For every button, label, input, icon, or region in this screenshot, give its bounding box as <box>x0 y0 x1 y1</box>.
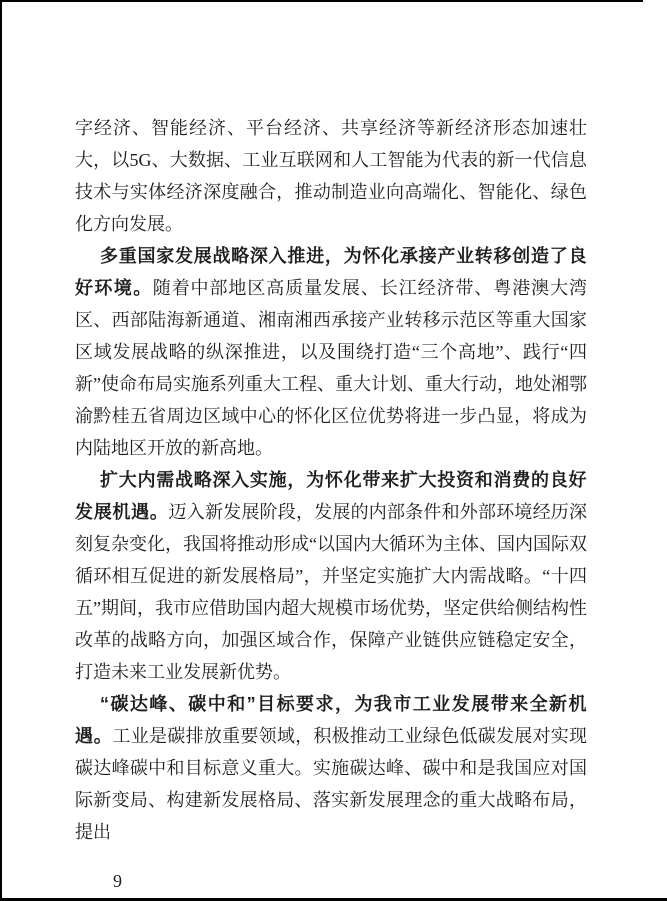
paragraph-text: 随着中部地区高质量发展、长江经济带、粤港澳大湾区、西部陆海新通道、湘南湘西承接产… <box>75 278 587 458</box>
paragraph-text: 字经济、智能经济、平台经济、共享经济等新经济形态加速壮大，以5G、大数据、工业互… <box>75 118 587 234</box>
page-scan-border-top <box>2 0 643 2</box>
body-paragraph: 扩大内需战略深入实施，为怀化带来扩大投资和消费的良好发展机遇。迈入新发展阶段，发… <box>75 464 587 688</box>
body-paragraph: 多重国家发展战略深入推进，为怀化承接产业转移创造了良好环境。随着中部地区高质量发… <box>75 240 587 464</box>
document-page: 字经济、智能经济、平台经济、共享经济等新经济形态加速壮大，以5G、大数据、工业互… <box>0 0 667 901</box>
body-paragraph: 字经济、智能经济、平台经济、共享经济等新经济形态加速壮大，以5G、大数据、工业互… <box>75 112 587 240</box>
page-body-text: 字经济、智能经济、平台经济、共享经济等新经济形态加速壮大，以5G、大数据、工业互… <box>75 112 587 848</box>
paragraph-text: 工业是碳排放重要领域，积极推动工业绿色低碳发展对实现碳达峰碳中和目标意义重大。实… <box>75 726 587 842</box>
body-paragraph: “碳达峰、碳中和”目标要求，为我市工业发展带来全新机遇。工业是碳排放重要领域，积… <box>75 688 587 848</box>
page-number: 9 <box>113 869 122 893</box>
paragraph-text: 迈入新发展阶段，发展的内部条件和外部环境经历深刻复杂变化，我国将推动形成“以国内… <box>75 502 587 682</box>
